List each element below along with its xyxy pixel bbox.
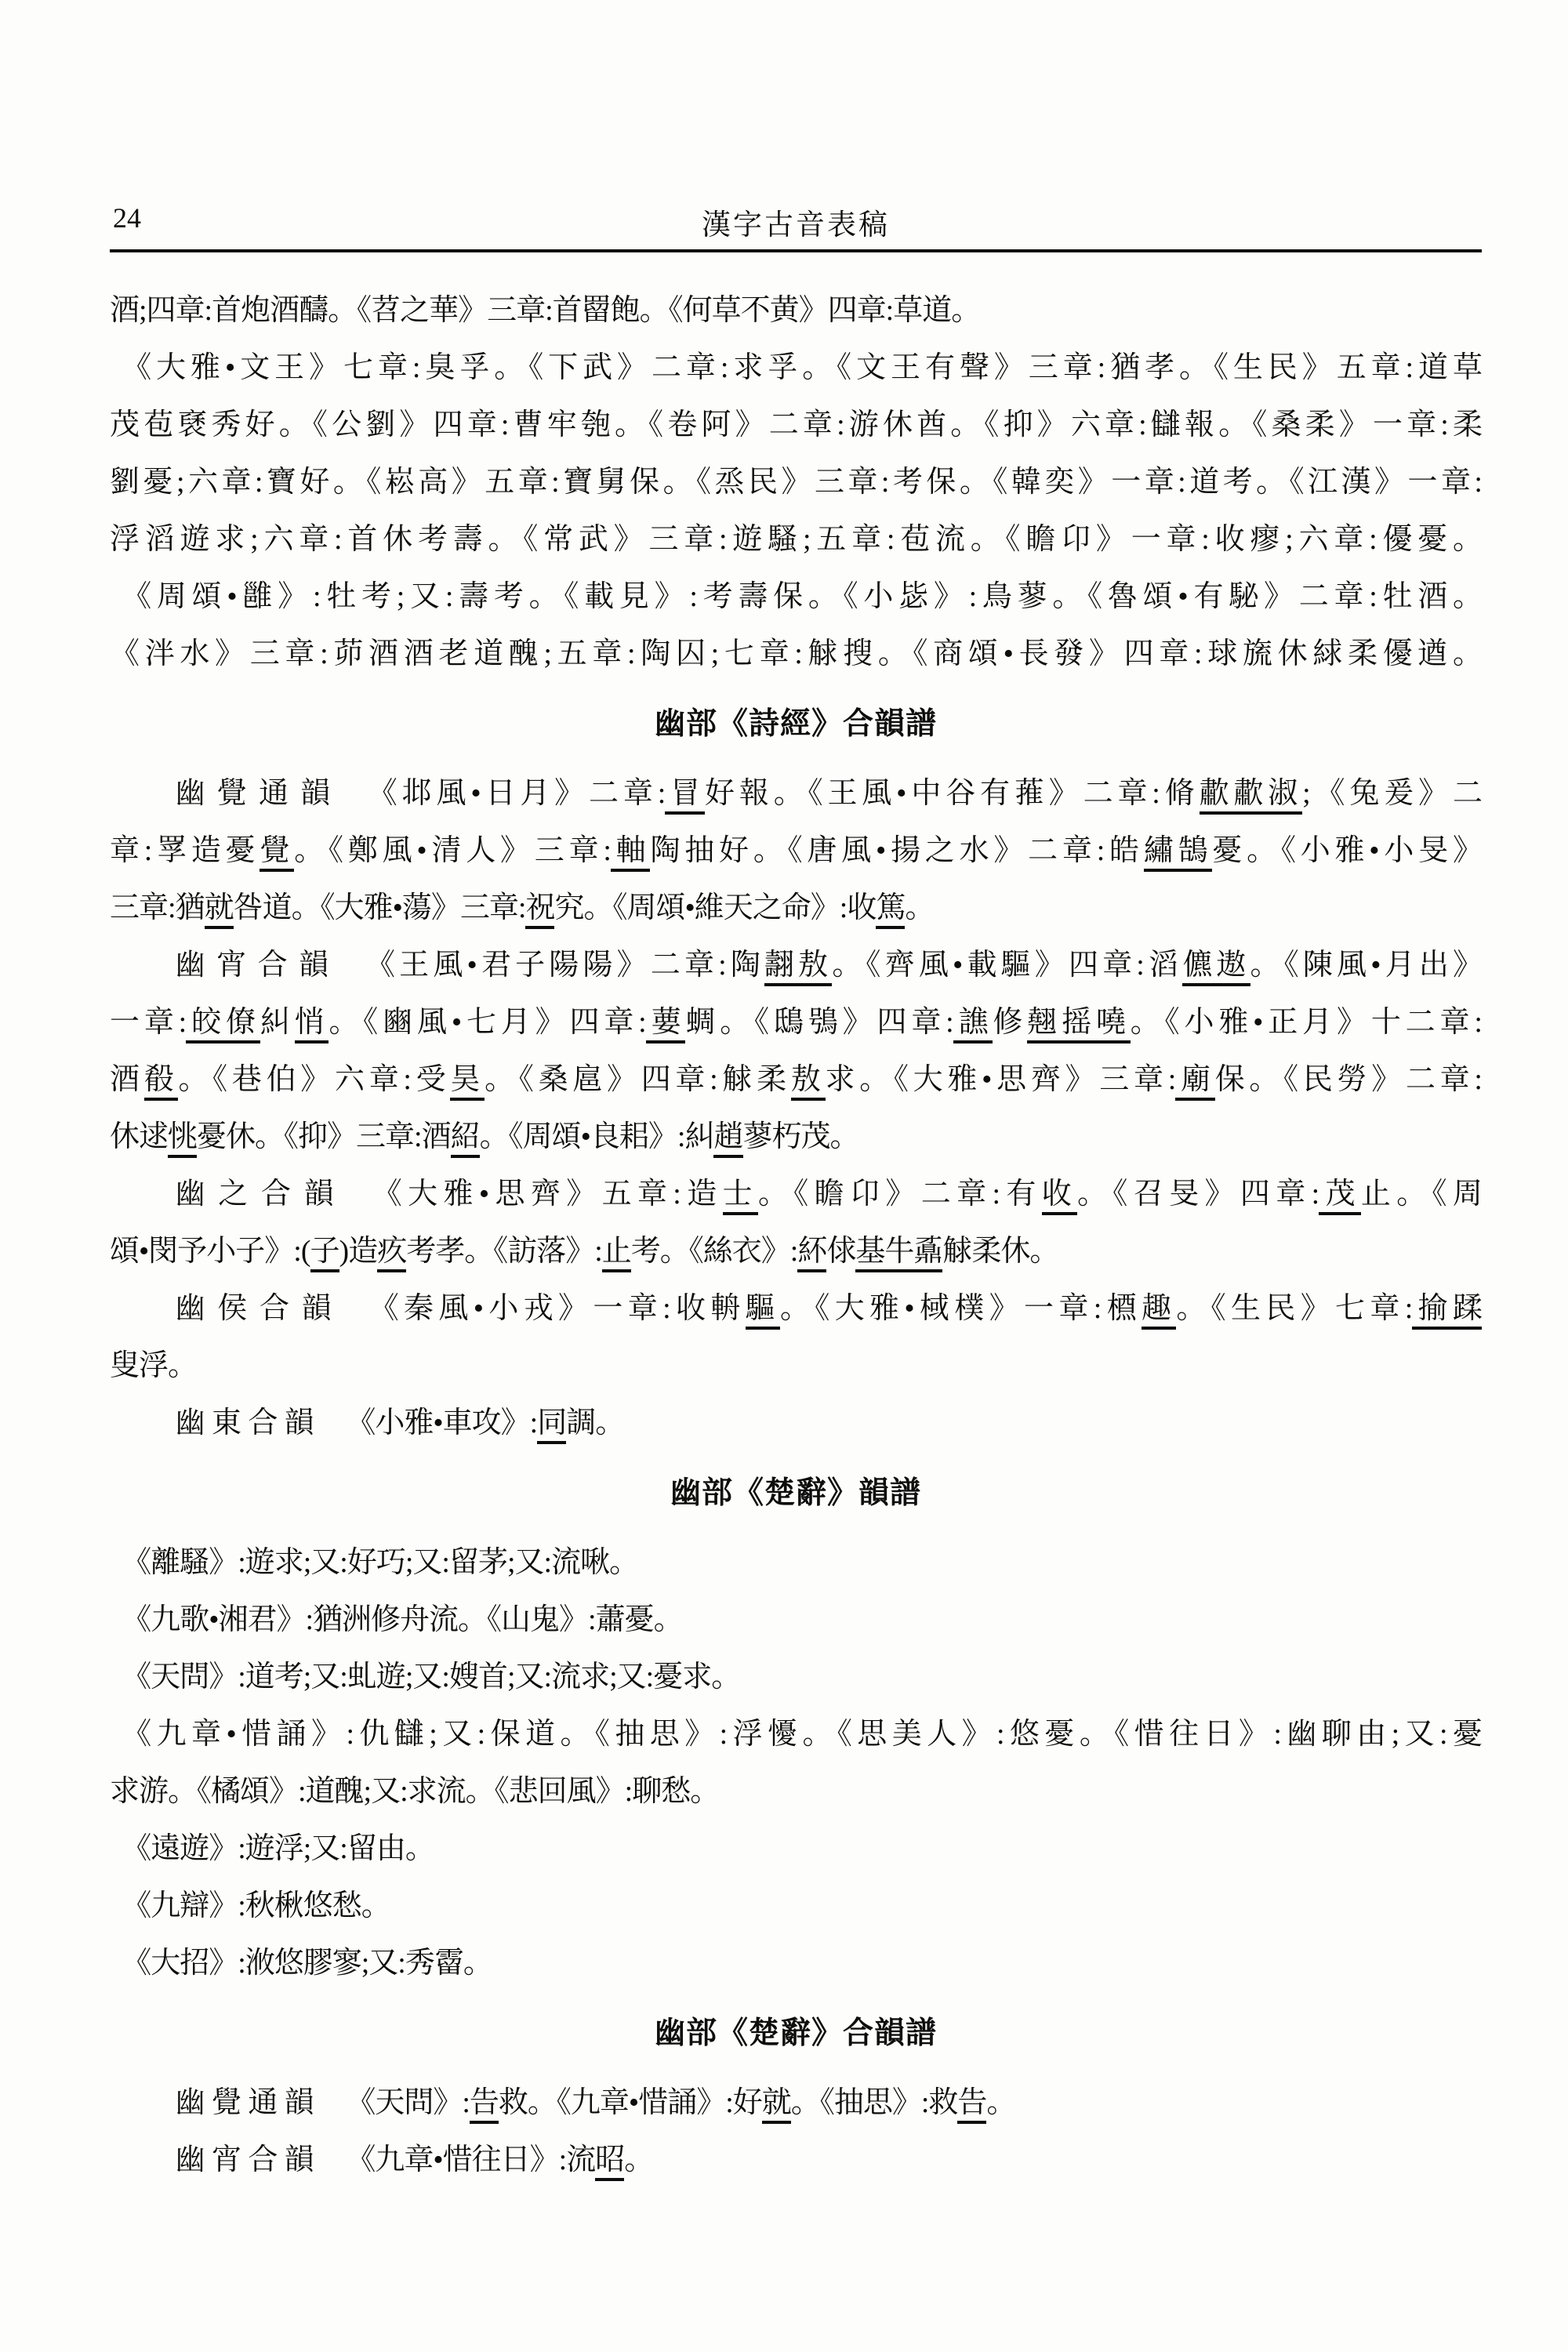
text-segment: 憂休。《抑》三章:酒: [197, 1120, 451, 1153]
underlined-chars: 覺: [260, 834, 294, 872]
text-segment: ;《兔爰》二: [1302, 777, 1482, 810]
underlined-chars: 疚: [377, 1235, 406, 1272]
text-line: 幽東合韻《小雅•車攻》:同調。: [110, 1395, 1482, 1452]
rhyme-category-label: 幽侯合韻: [176, 1292, 344, 1325]
underlined-chars: 歗歗淑: [1200, 777, 1303, 815]
text-line: 《九章•惜誦》:仇讎;又:保道。《抽思》:浮懮。《思美人》:悠憂。《惜往日》:幽…: [110, 1706, 1482, 1763]
text-line: 休逑恌憂休。《抑》三章:酒紹。《周頌•良耜》:糾趙蓼朽茂。: [110, 1109, 1482, 1166]
text-line: 《大招》:浟悠膠寥;又:秀霤。: [110, 1935, 1482, 1992]
text-line: 幽之合韻《大雅•思齊》五章:造士。《瞻卬》二章:有收。《召旻》四章:茂止。《周: [110, 1166, 1482, 1223]
underlined-chars: 祝: [525, 891, 554, 929]
text-segment: 幽部《楚辭》合韻譜: [655, 2016, 937, 2050]
underlined-chars: 冒: [665, 777, 705, 815]
underlined-chars: 就: [762, 2086, 791, 2124]
underlined-chars: 紹: [451, 1120, 480, 1158]
section-heading: 幽部《楚辭》韻譜: [110, 1465, 1482, 1522]
text-segment: 《遠遊》:遊浮;又:留由。: [122, 1832, 434, 1865]
underlined-chars: 告: [957, 2086, 986, 2124]
text-segment: 。《巷伯》六章:受: [178, 1063, 450, 1096]
underlined-chars: 殽: [144, 1063, 179, 1101]
text-segment: 幽部《詩經》合韻譜: [655, 707, 937, 741]
text-segment: 保。《民勞》二章:: [1215, 1063, 1482, 1096]
text-segment: 章:罦造憂: [110, 834, 260, 867]
text-segment: 《九章•惜往日》:流: [346, 2143, 595, 2176]
text-segment: 《九歌•湘君》:猶洲修舟流。《山鬼》:蕭憂。: [122, 1603, 682, 1636]
text-segment: 《天問》:道考;又:虬遊;又:嫂首;又:流求;又:憂求。: [122, 1661, 740, 1693]
text-segment: 蜩。《鴟鴞》四章:: [685, 1006, 953, 1039]
text-segment: 。: [905, 891, 934, 924]
section-heading: 幽部《楚辭》合韻譜: [110, 2005, 1482, 2062]
underlined-chars: 趙: [713, 1120, 742, 1158]
underlined-chars: 軸: [611, 834, 651, 872]
underlined-chars: 就: [205, 891, 234, 929]
text-segment: 救。《九章•惜誦》:好: [499, 2086, 762, 2119]
text-segment: 《九章•惜誦》:仇讎;又:保道。《抽思》:浮懮。《思美人》:悠憂。《惜往日》:幽…: [122, 1718, 1482, 1751]
text-segment: 《九辯》:秋楸悠愁。: [122, 1889, 390, 1922]
text-segment: 調。: [566, 1406, 624, 1439]
underlined-chars: 敖: [791, 1063, 826, 1101]
text-line: 《天問》:道考;又:虬遊;又:嫂首;又:流求;又:憂求。: [110, 1649, 1482, 1706]
text-line: 浮滔遊求;六章:首休考壽。《常武》三章:遊騷;五章:苞流。《瞻卬》一章:收瘳;六…: [110, 511, 1482, 568]
text-line: 頌•閔予小子》:(子)造疚考孝。《訪落》:止考。《絲衣》:紑俅基牛鼒觩柔休。: [110, 1223, 1482, 1280]
underlined-chars: 譙: [953, 1006, 993, 1044]
text-line: 三章:猶就咎道。《大雅•蕩》三章:祝究。《周頌•維天之命》:收篤。: [110, 880, 1482, 937]
text-segment: 憂。《小雅•小旻》: [1212, 834, 1482, 867]
text-line: 《九歌•湘君》:猶洲修舟流。《山鬼》:蕭憂。: [110, 1592, 1482, 1649]
text-line: 幽覺通韻《邶風•日月》二章:冒好報。《王風•中谷有蓷》二章:脩歗歗淑;《兔爰》二: [110, 765, 1482, 822]
text-segment: 陶抽好。《唐風•揚之水》二章:皓: [650, 834, 1143, 867]
text-segment: 求游。《橘頌》:道醜;又:求流。《悲回風》:聊愁。: [110, 1775, 719, 1808]
text-segment: 《大雅•文王》七章:臭孚。《下武》二章:求孚。《文王有聲》三章:猶孝。《生民》五…: [122, 351, 1482, 384]
underlined-chars: 收: [1042, 1178, 1077, 1215]
text-line: 幽覺通韻《天問》:告救。《九章•惜誦》:好就。《抽思》:救告。: [110, 2074, 1482, 2132]
text-line: 《離騷》:遊求;又:好巧;又:留茅;又:流啾。: [110, 1534, 1482, 1592]
underlined-chars: 昊: [450, 1063, 485, 1101]
text-segment: 酒;四章:首炮酒醻。《苕之華》三章:首罶飽。《何草不黄》四章:草道。: [110, 294, 980, 327]
underlined-chars: 止: [602, 1235, 631, 1272]
text-segment: 蓼朽茂。: [743, 1120, 859, 1153]
underlined-chars: 驅: [746, 1292, 780, 1330]
text-segment: 《周頌•雝》:牡考;又:壽考。《載見》:考壽保。《小毖》:鳥蓼。《魯頌•有駜》二…: [122, 580, 1482, 613]
underlined-chars: 茂: [1319, 1178, 1361, 1215]
text-segment: 。《生民》七章:: [1176, 1292, 1412, 1325]
rhyme-category-label: 幽宵合韻: [176, 2143, 321, 2176]
underlined-chars: 士: [723, 1178, 758, 1215]
text-segment: 求。《大雅•思齊》三章:: [826, 1063, 1176, 1096]
text-line: 《遠遊》:遊浮;又:留由。: [110, 1820, 1482, 1878]
text-segment: 。《豳風•七月》四章:: [328, 1006, 645, 1039]
underlined-chars: 篤: [876, 891, 905, 929]
text-segment: 《天問》:: [346, 2086, 470, 2119]
underlined-chars: 皎僚: [186, 1006, 260, 1044]
text-segment: 酒: [110, 1063, 144, 1096]
text-segment: 。《周頌•良耜》:糾: [480, 1120, 714, 1153]
text-segment: 止。《周: [1361, 1178, 1482, 1210]
text-segment: 幽部《楚辭》韻譜: [670, 1476, 921, 1510]
text-segment: 叟浮。: [110, 1349, 197, 1382]
text-segment: 修: [993, 1006, 1027, 1039]
text-segment: 。《陳風•月出》: [1250, 949, 1482, 982]
underlined-chars: 同: [537, 1406, 566, 1444]
text-segment: 。《桑扈》四章:觩柔: [485, 1063, 791, 1096]
text-segment: 觩柔休。: [942, 1235, 1058, 1268]
text-line: 茂苞褎秀好。《公劉》四章:曹牢匏。《卷阿》二章:游休酋。《抑》六章:讎報。《桑柔…: [110, 397, 1482, 454]
text-segment: 浮滔遊求;六章:首休考壽。《常武》三章:遊騷;五章:苞流。《瞻卬》一章:收瘳;六…: [110, 523, 1482, 556]
underlined-chars: 告: [470, 2086, 499, 2124]
text-segment: 《王風•君子陽陽》二章:陶: [365, 949, 764, 982]
rhyme-category-label: 幽之合韻: [176, 1178, 347, 1210]
text-segment: 《離騷》:遊求;又:好巧;又:留茅;又:流啾。: [122, 1546, 638, 1579]
header-rule: [110, 249, 1482, 252]
underlined-chars: 悄: [295, 1006, 329, 1044]
underlined-chars: 揄蹂: [1412, 1292, 1482, 1330]
underlined-chars: 基牛鼒: [855, 1235, 942, 1272]
text-segment: 俅: [826, 1235, 855, 1268]
text-segment: 《邶風•日月》二章:: [368, 777, 666, 810]
text-segment: 《大雅•思齊》五章:造: [372, 1178, 723, 1210]
text-segment: 好報。《王風•中谷有蓷》二章:脩: [705, 777, 1200, 810]
rhyme-category-label: 幽宵合韻: [176, 949, 340, 982]
text-segment: )造: [339, 1235, 378, 1268]
text-segment: 。《召旻》四章:: [1077, 1178, 1319, 1210]
text-segment: 《秦風•小戎》一章:收輈: [369, 1292, 746, 1325]
text-segment: 《泮水》三章:茆酒酒老道醜;五章:陶囚;七章:觩搜。《商頌•長發》四章:球旒休絿…: [110, 637, 1482, 670]
text-segment: 。: [624, 2143, 653, 2176]
text-segment: 一章:: [110, 1006, 186, 1039]
text-segment: 《小雅•車攻》:: [346, 1406, 537, 1439]
underlined-chars: 恌: [168, 1120, 197, 1158]
rhyme-category-label: 幽東合韻: [176, 1406, 321, 1439]
underlined-chars: 紑: [797, 1235, 826, 1272]
text-line: 求游。《橘頌》:道醜;又:求流。《悲回風》:聊愁。: [110, 1763, 1482, 1820]
page-body: 酒;四章:首炮酒醻。《苕之華》三章:首罶飽。《何草不黄》四章:草道。《大雅•文王…: [110, 282, 1482, 2189]
underlined-chars: 子: [310, 1235, 339, 1272]
rhyme-category-label: 幽覺通韻: [176, 777, 343, 810]
text-line: 《泮水》三章:茆酒酒老道醜;五章:陶囚;七章:觩搜。《商頌•長發》四章:球旒休絿…: [110, 626, 1482, 683]
text-segment: 考。《絲衣》:: [631, 1235, 798, 1268]
text-segment: 。《鄭風•清人》三章:: [294, 834, 611, 867]
text-line: 《九辯》:秋楸悠愁。: [110, 1878, 1482, 1935]
text-segment: 究。《周頌•維天之命》:收: [554, 891, 876, 924]
underlined-chars: 儦遨: [1182, 949, 1250, 986]
text-line: 叟浮。: [110, 1338, 1482, 1395]
text-line: 幽宵合韻《九章•惜往日》:流昭。: [110, 2132, 1482, 2189]
text-segment: 考孝。《訪落》:: [406, 1235, 602, 1268]
text-line: 章:罦造憂覺。《鄭風•清人》三章:軸陶抽好。《唐風•揚之水》二章:皓繡鵠憂。《小…: [110, 822, 1482, 880]
scanned-book-page: 24 漢字古音表稿 酒;四章:首炮酒醻。《苕之華》三章:首罶飽。《何草不黄》四章…: [0, 0, 1568, 2352]
rhyme-category-label: 幽覺通韻: [176, 2086, 321, 2119]
underlined-chars: 昭: [595, 2143, 624, 2181]
text-line: 劉憂;六章:寶好。《崧高》五章:寶舅保。《烝民》三章:考保。《韓奕》一章:道考。…: [110, 454, 1482, 511]
text-line: 幽宵合韻《王風•君子陽陽》二章:陶翿敖。《齊風•載驅》四章:滔儦遨。《陳風•月出…: [110, 937, 1482, 994]
text-line: 酒殽。《巷伯》六章:受昊。《桑扈》四章:觩柔敖求。《大雅•思齊》三章:廟保。《民…: [110, 1051, 1482, 1109]
text-segment: 《大招》:浟悠膠寥;又:秀霤。: [122, 1947, 492, 1980]
text-segment: 。《瞻卬》二章:有: [758, 1178, 1042, 1210]
running-head: 24 漢字古音表稿: [110, 198, 1482, 238]
text-segment: 糾: [260, 1006, 295, 1039]
underlined-chars: 繡鵠: [1144, 834, 1213, 872]
text-line: 《大雅•文王》七章:臭孚。《下武》二章:求孚。《文王有聲》三章:猶孝。《生民》五…: [110, 339, 1482, 397]
text-line: 《周頌•雝》:牡考;又:壽考。《載見》:考壽保。《小毖》:鳥蓼。《魯頌•有駜》二…: [110, 568, 1482, 626]
underlined-chars: 翹摇嘵: [1027, 1006, 1131, 1044]
text-segment: 。: [986, 2086, 1015, 2119]
text-line: 幽侯合韻《秦風•小戎》一章:收輈驅。《大雅•棫樸》一章:槱趣。《生民》七章:揄蹂: [110, 1280, 1482, 1338]
text-line: 酒;四章:首炮酒醻。《苕之華》三章:首罶飽。《何草不黄》四章:草道。: [110, 282, 1482, 339]
section-heading: 幽部《詩經》合韻譜: [110, 695, 1482, 753]
underlined-chars: 翿敖: [764, 949, 832, 986]
underlined-chars: 趣: [1142, 1292, 1176, 1330]
text-segment: 三章:猶: [110, 891, 205, 924]
text-segment: 休逑: [110, 1120, 168, 1153]
text-segment: 。《齊風•載驅》四章:滔: [832, 949, 1182, 982]
text-segment: 。《抽思》:救: [791, 2086, 958, 2119]
text-segment: 。《小雅•正月》十二章:: [1131, 1006, 1482, 1039]
text-segment: 劉憂;六章:寶好。《崧高》五章:寶舅保。《烝民》三章:考保。《韓奕》一章:道考。…: [110, 466, 1482, 499]
text-segment: 。《大雅•棫樸》一章:槱: [780, 1292, 1142, 1325]
underlined-chars: 廟: [1175, 1063, 1214, 1101]
text-segment: 頌•閔予小子》:(: [110, 1235, 310, 1268]
text-segment: 茂苞褎秀好。《公劉》四章:曹牢匏。《卷阿》二章:游休酋。《抑》六章:讎報。《桑柔…: [110, 408, 1482, 441]
text-segment: 咎道。《大雅•蕩》三章:: [234, 891, 526, 924]
book-title: 漢字古音表稿: [110, 201, 1482, 243]
text-line: 一章:皎僚糾悄。《豳風•七月》四章:葽蜩。《鴟鴞》四章:譙修翹摇嘵。《小雅•正月…: [110, 994, 1482, 1051]
underlined-chars: 葽: [646, 1006, 686, 1044]
